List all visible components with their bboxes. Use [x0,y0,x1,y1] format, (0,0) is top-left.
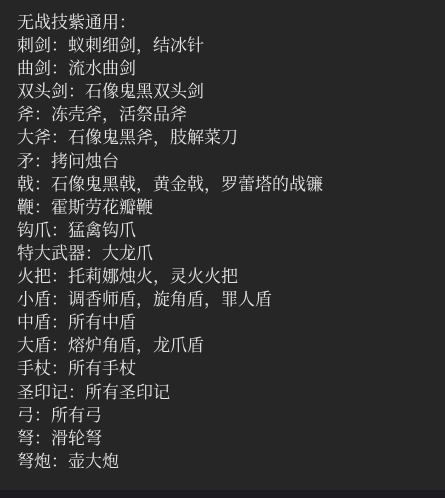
list-item-greatshield: 大盾：熔炉角盾，龙爪盾 [17,335,437,358]
bottom-edge-bar [0,490,445,498]
list-item-crossbow: 弩：滑轮弩 [17,428,437,451]
list-item-ballista: 弩炮：壶大炮 [17,451,437,474]
list-item-axe: 斧：冻壳斧，活祭品斧 [17,104,437,127]
list-item-colossal-weapon: 特大武器：大龙爪 [17,243,437,266]
list-item-seal: 圣印记：所有圣印记 [17,382,437,405]
list-item-curved-sword: 曲剑：流水曲剑 [17,58,437,81]
list-item-torch: 火把：托莉娜烛火，灵火火把 [17,266,437,289]
list-item-claw: 钩爪：猛禽钩爪 [17,220,437,243]
list-item-greataxe: 大斧：石像鬼黑斧，肢解菜刀 [17,127,437,150]
list-item-halberd: 戟：石像鬼黑戟，黄金戟，罗蕾塔的战镰 [17,174,437,197]
list-item-whip: 鞭：霍斯劳花瓣鞭 [17,197,437,220]
list-item-spear: 矛：拷问烛台 [17,151,437,174]
list-item-twinblade: 双头剑：石像鬼黑双头剑 [17,81,437,104]
list-item-medium-shield: 中盾：所有中盾 [17,312,437,335]
list-item-staff: 手杖：所有手杖 [17,358,437,381]
weapon-list-document: 无战技紫通用： 刺剑：蚁刺细剑，结冰针 曲剑：流水曲剑 双头剑：石像鬼黑双头剑 … [17,12,437,474]
list-item-thrusting-sword: 刺剑：蚁刺细剑，结冰针 [17,35,437,58]
list-item-bow: 弓：所有弓 [17,405,437,428]
document-title: 无战技紫通用： [17,12,437,35]
list-item-small-shield: 小盾：调香师盾，旋角盾，罪人盾 [17,289,437,312]
